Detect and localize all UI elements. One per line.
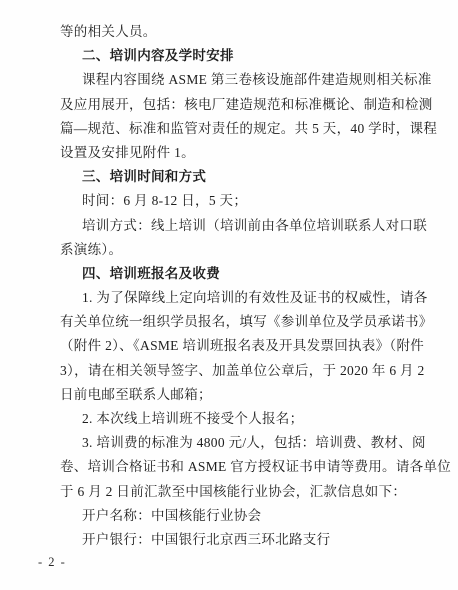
text-line: 培训方式：线上培训（培训前由各单位培训联系人对口联	[60, 214, 420, 238]
section-heading: 二、培训内容及学时安排	[60, 44, 420, 68]
text-line: 于 6 月 2 日前汇款至中国核能行业协会，汇款信息如下：	[60, 480, 420, 504]
text-line: 系演练）。	[60, 238, 420, 262]
text-line: 日前电邮至联系人邮箱；	[60, 383, 420, 407]
text-line: 课程内容围绕 ASME 第三卷核设施部件建造规则相关标准	[60, 68, 420, 92]
text-line: 设置及安排见附件 1。	[60, 141, 420, 165]
text-line: （附件 2）、《ASME 培训班报名表及开具发票回执表》（附件	[60, 334, 420, 358]
text-line: 时间：6 月 8-12 日，5 天；	[60, 189, 420, 213]
document-page: 等的相关人员。 二、培训内容及学时安排 课程内容围绕 ASME 第三卷核设施部件…	[0, 0, 458, 590]
document-body: 等的相关人员。 二、培训内容及学时安排 课程内容围绕 ASME 第三卷核设施部件…	[60, 20, 420, 552]
text-line: 2. 本次线上培训班不接受个人报名；	[60, 407, 420, 431]
text-line: 有关单位统一组织学员报名，填写《参训单位及学员承诺书》	[60, 310, 420, 334]
section-heading: 四、培训班报名及收费	[60, 262, 420, 286]
text-line: 开户银行：中国银行北京西三环北路支行	[60, 528, 420, 552]
text-line: 及应用展开，包括：核电厂建造规范和标准概论、制造和检测	[60, 93, 420, 117]
section-heading: 三、培训时间和方式	[60, 165, 420, 189]
page-number: - 2 -	[38, 554, 66, 570]
text-line: 3. 培训费的标准为 4800 元/人，包括：培训费、教材、阅	[60, 431, 420, 455]
text-line: 开户名称：中国核能行业协会	[60, 504, 420, 528]
text-line: 1. 为了保障线上定向培训的有效性及证书的权威性，请各	[60, 286, 420, 310]
text-line: 等的相关人员。	[60, 20, 420, 44]
text-line: 篇—规范、标准和监管对责任的规定。共 5 天，40 学时，课程	[60, 117, 420, 141]
text-line: 卷、培训合格证书和 ASME 官方授权证书申请等费用。请各单位	[60, 455, 420, 479]
text-line: 3），请在相关领导签字、加盖单位公章后，于 2020 年 6 月 2	[60, 359, 420, 383]
